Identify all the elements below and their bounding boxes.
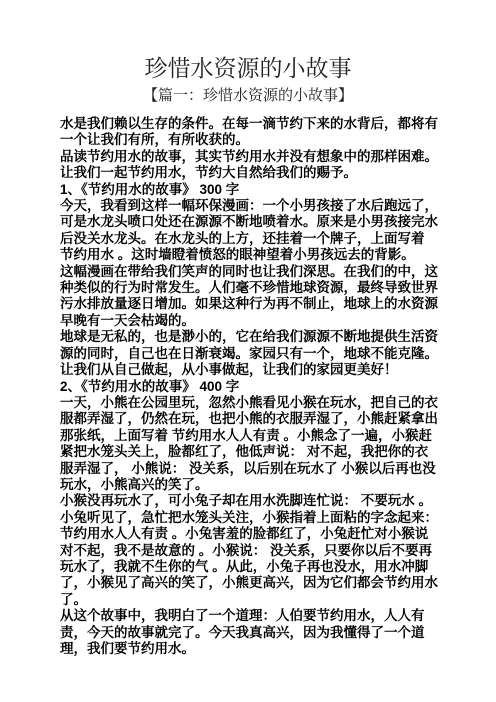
story-1-heading: 1、《节约用水的故事》 300 字 [60, 182, 438, 198]
story-2-paragraph-1: 一天，小熊在公园里玩，忽然小熊看见小猴在玩水，把自己的衣服都弄湿了，仍然在玩，也… [60, 395, 438, 493]
paragraph-intro-2: 品读节约用水的故事，其实节约用水并没有想象中的那样困难。让我们一起节约用水，节约… [60, 149, 438, 182]
story-1-paragraph-2: 这幅漫画在带给我们笑声的同时也让我们深思。在我们的中，这种类似的行为时常发生。人… [60, 264, 438, 330]
paragraph-intro-1: 水是我们赖以生存的条件。在每一滴节约下来的水背后，都将有一个让我们有所，有所收获… [60, 116, 438, 149]
document-page: 珍惜水资源的小故事 【篇一：珍惜水资源的小故事】 水是我们赖以生存的条件。在每一… [0, 0, 496, 702]
document-title: 珍惜水资源的小故事 [0, 0, 496, 84]
document-body: 水是我们赖以生存的条件。在每一滴节约下来的水背后，都将有一个让我们有所，有所收获… [60, 116, 438, 657]
story-2-paragraph-3: 从这个故事中，我明白了一个道理：人伯要节约用水，人人有责，今天的故事就完了。今天… [60, 608, 438, 657]
story-1-paragraph-3: 地球是无私的，也是渺小的，它在给我们源源不断地提供生活资源的同时，自己也在日渐衰… [60, 329, 438, 378]
document-subtitle: 【篇一：珍惜水资源的小故事】 [0, 87, 496, 106]
story-1-paragraph-1: 今天，我看到这样一幅环保漫画：一个小男孩接了水后跑远了，可是水龙头喷口处还在源源… [60, 198, 438, 264]
story-2-heading: 2、《节约用水的故事》 400 字 [60, 379, 438, 395]
story-2-paragraph-2: 小猴没再玩水了，可小兔子却在用水洗脚连忙说： 不要玩水 。小兔听见了，急忙把水笼… [60, 493, 438, 608]
